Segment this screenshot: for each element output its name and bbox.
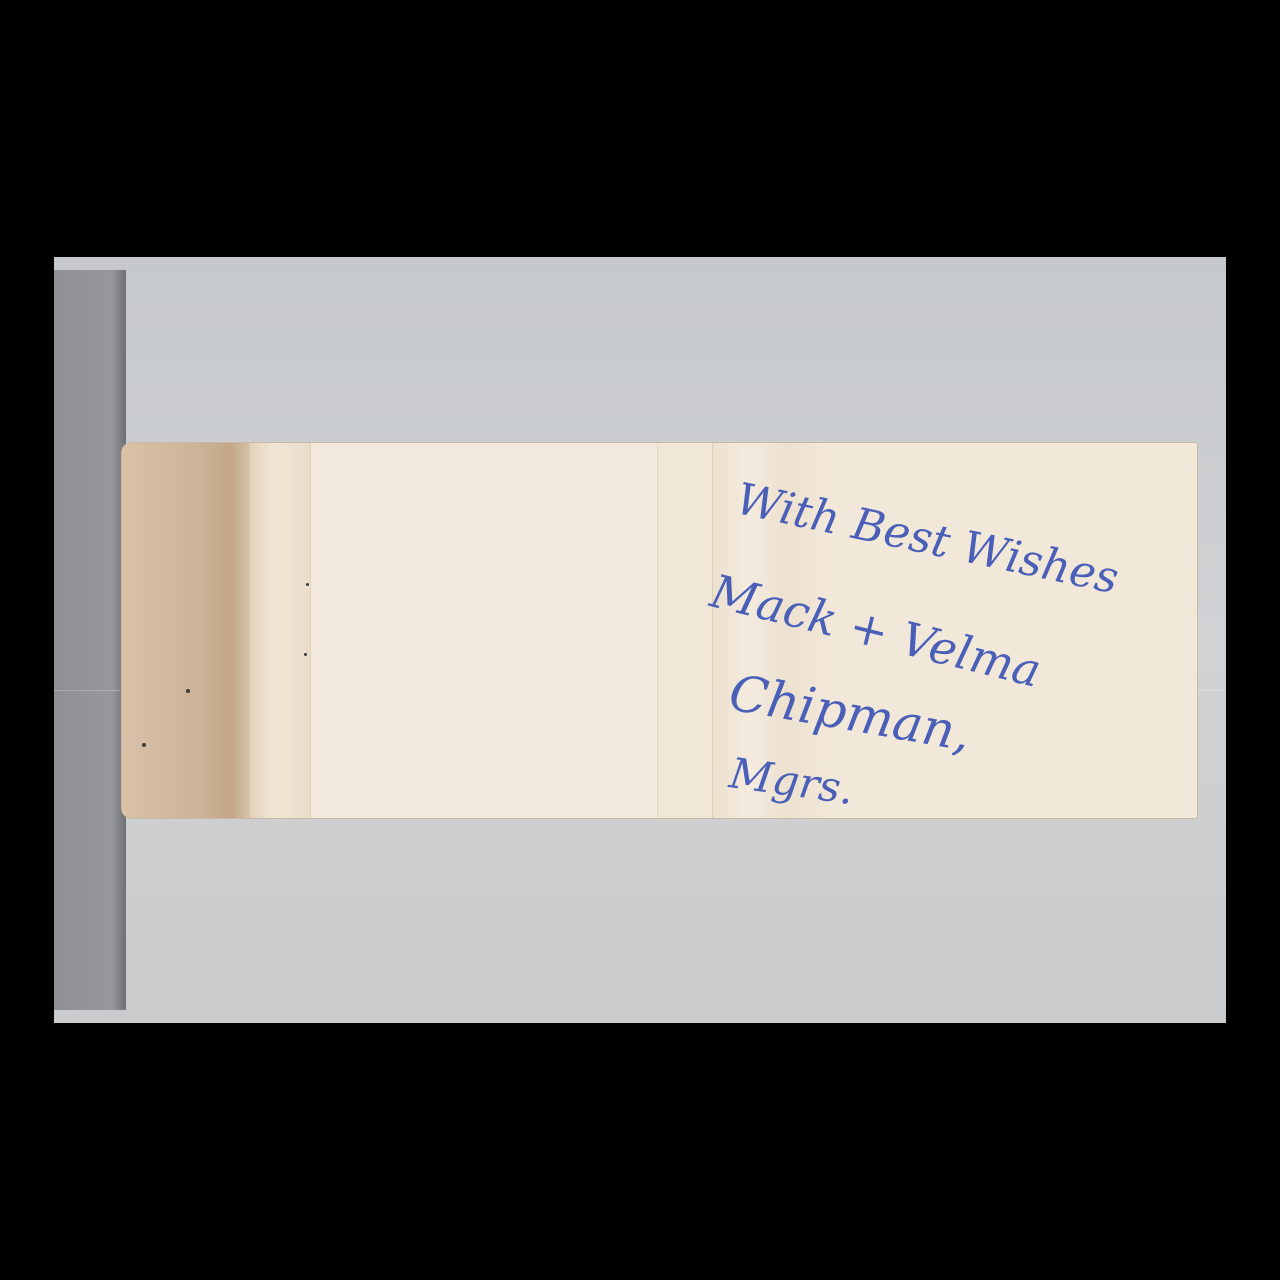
matchbook-cover: With Best Wishes Mack + Velma Chipman, M… bbox=[122, 443, 1197, 818]
sleeve-edge bbox=[54, 270, 126, 1010]
fold-strip bbox=[250, 443, 310, 818]
striker-strip bbox=[122, 443, 250, 818]
inner-panel bbox=[657, 443, 713, 818]
front-panel bbox=[310, 443, 658, 818]
stain-spot bbox=[186, 689, 190, 693]
stain-spot bbox=[142, 743, 146, 747]
stain-spot bbox=[306, 583, 309, 586]
stain-spot bbox=[304, 653, 307, 656]
